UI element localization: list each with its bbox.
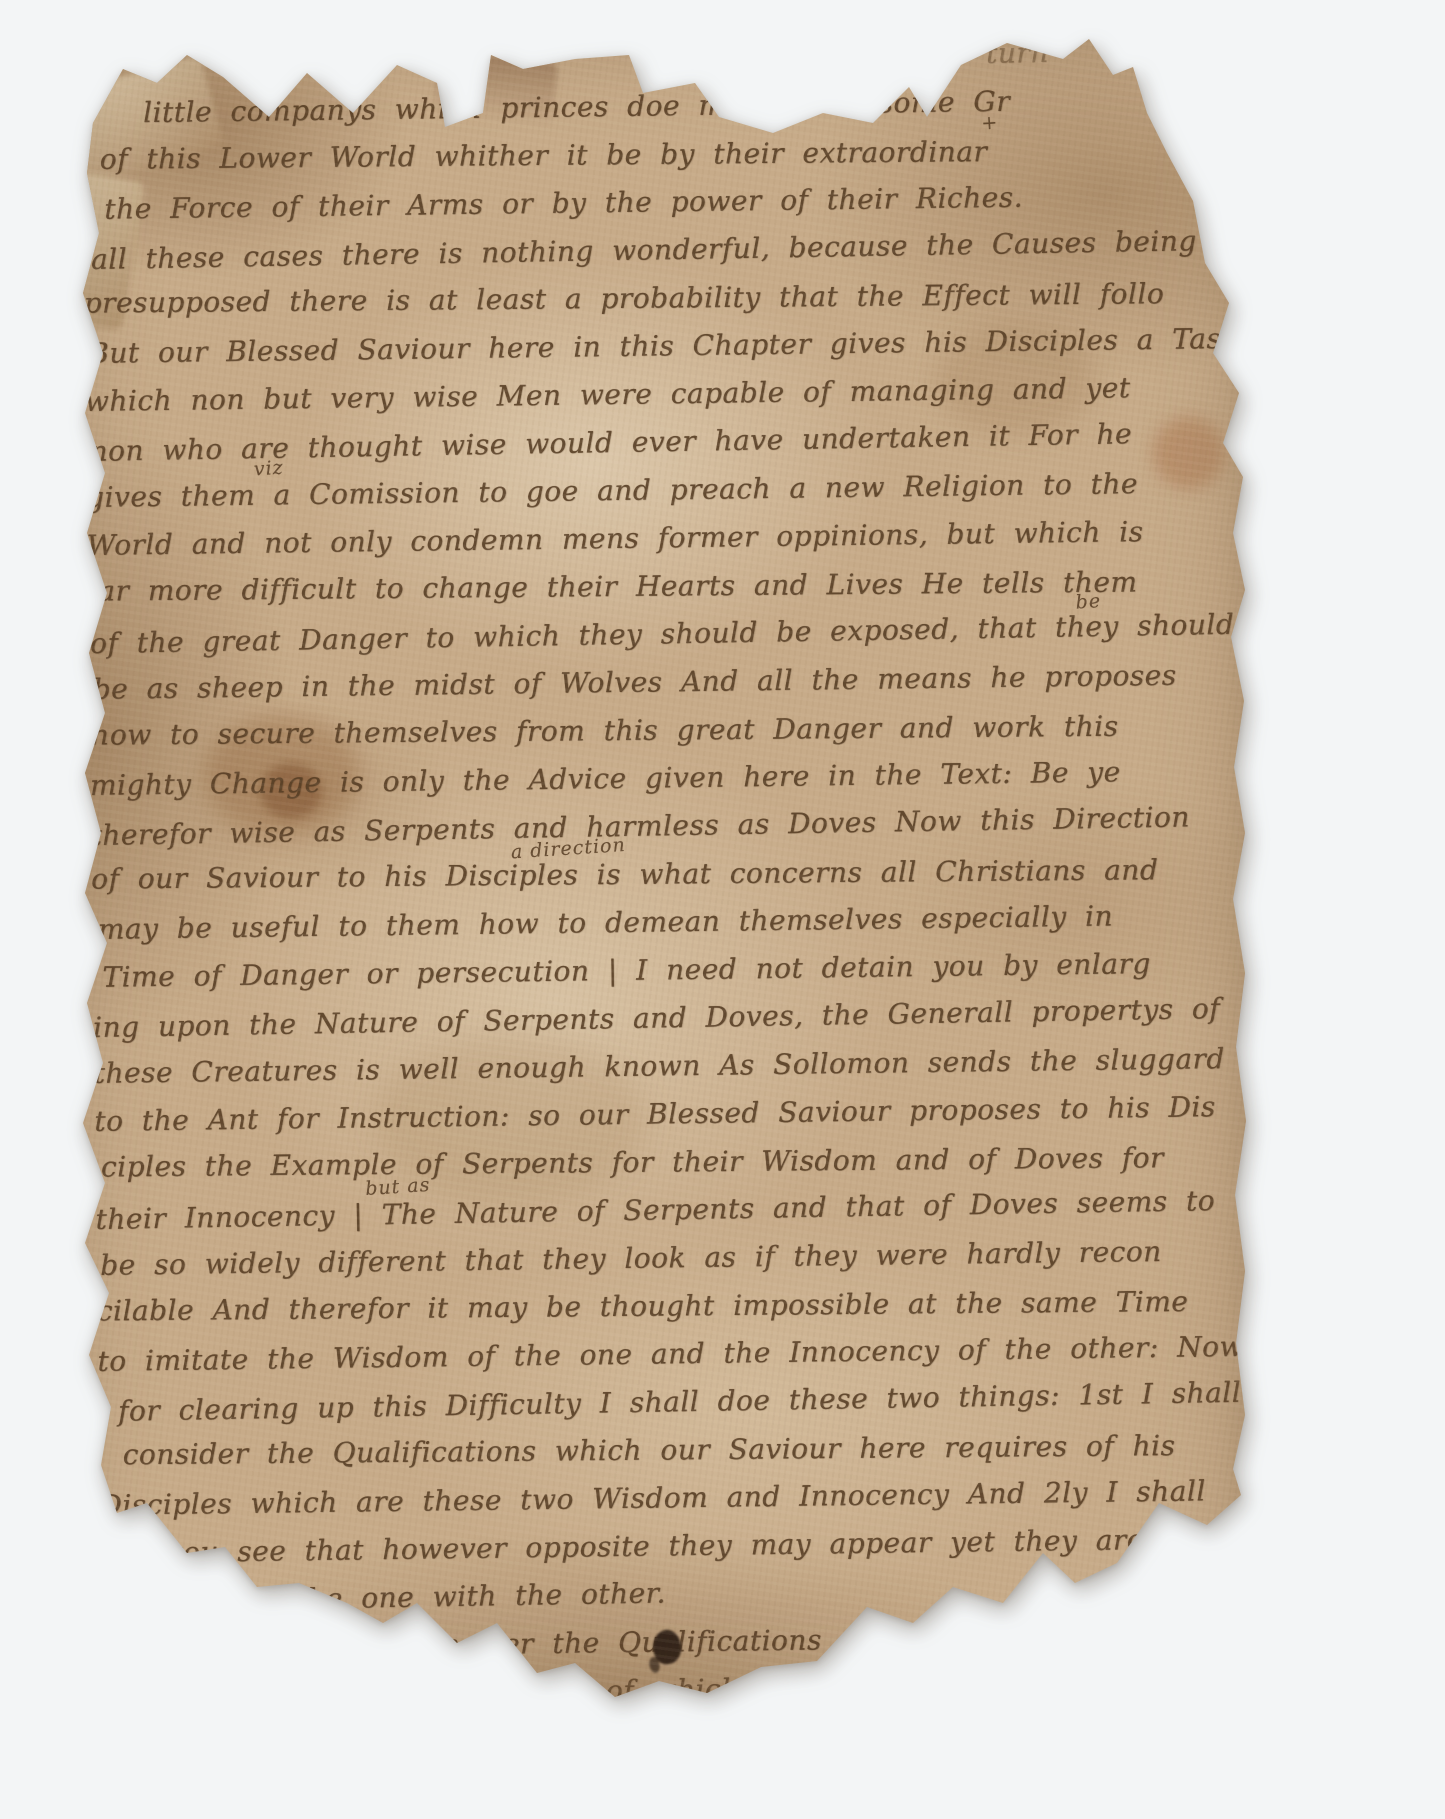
interlinear-insertion: be (1075, 590, 1102, 614)
manuscript-page: Men to turnlittle companys which princes… (55, 25, 1250, 1715)
paper-sheet: Men to turnlittle companys which princes… (55, 25, 1250, 1710)
manuscript-line: of his Disciples the first of which is t… (202, 1666, 1236, 1710)
manuscript-line: 1st. Then let us consider the Qualificat… (135, 1619, 1155, 1680)
interlinear-insertion: but as (365, 1174, 431, 1200)
handwritten-text: Men to turnlittle companys which princes… (80, 25, 1250, 1710)
interlinear-insertion: + (981, 112, 999, 135)
interlinear-insertion: viz (253, 457, 284, 481)
manuscript-line: consistant the one with the other. (126, 1576, 666, 1633)
photo-backdrop: Men to turnlittle companys which princes… (0, 0, 1445, 1819)
manuscript-line: Men to turn (855, 36, 1049, 87)
